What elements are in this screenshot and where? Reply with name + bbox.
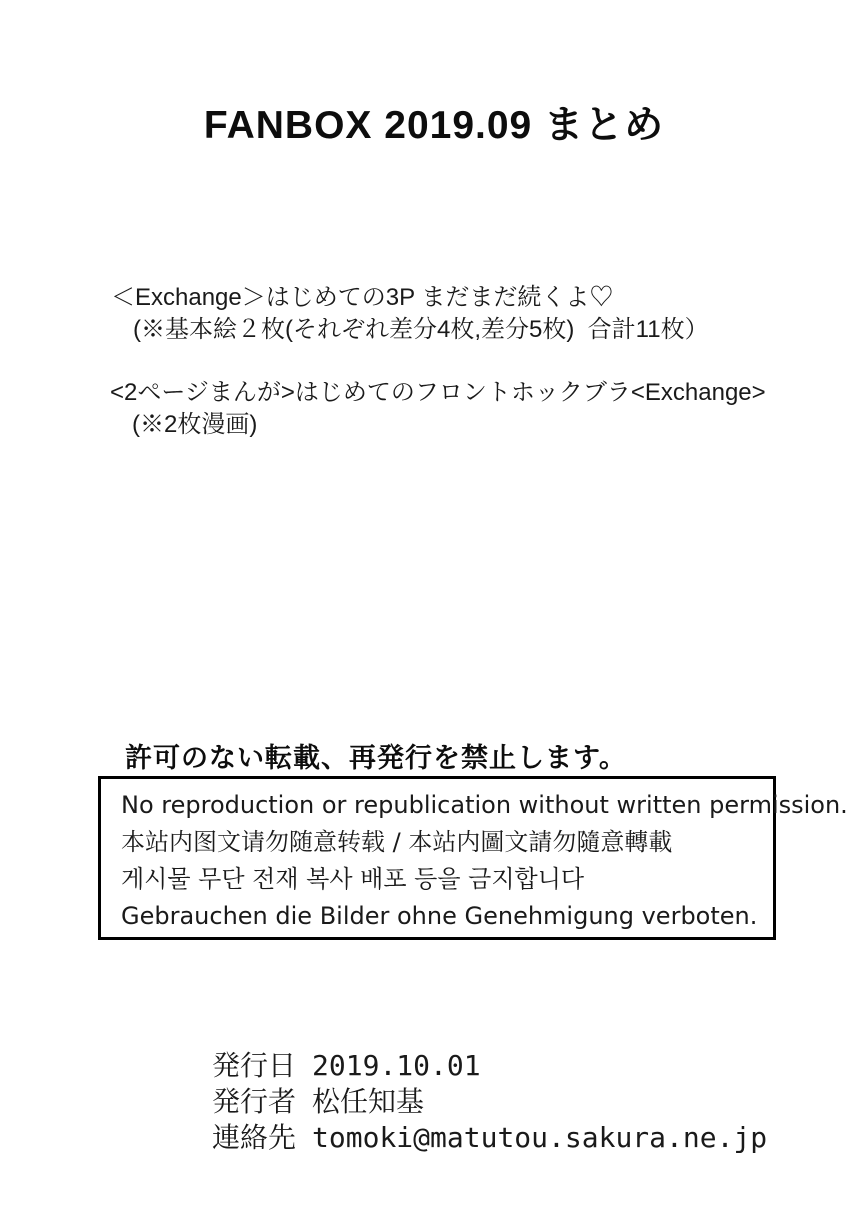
colophon-row-contact: 連絡先 tomoki@matutou.sakura.ne.jp [212,1120,767,1156]
fanbox-summary-colophon-page: FANBOX 2019.09 まとめ ＜Exchange＞はじめての3P まだま… [0,0,868,1228]
page-title: FANBOX 2019.09 まとめ [0,94,868,150]
work-1-title: ＜Exchange＞はじめての3P まだまだ続くよ♡ [111,282,709,314]
publish-date-label: 発行日 [212,1048,296,1084]
no-reproduction-line-ko: 게시물 무단 전재 복사 배포 등을 금지합니다 [121,861,773,898]
work-1-note: (※基本絵２枚(それぞれ差分4枚,差分5枚) 合計11枚） [111,314,709,346]
colophon-row-publisher: 発行者 松任知基 [212,1084,767,1120]
no-reproduction-box: No reproduction or republication without… [98,776,776,940]
work-2-title: <2ページまんが>はじめてのフロントホックブラ<Exchange> [110,377,766,409]
no-reproduction-line-de: Gebrauchen die Bilder ohne Genehmigung v… [121,898,773,935]
work-2-note: (※2枚漫画) [110,409,766,441]
colophon-block: 発行日 2019.10.01 発行者 松任知基 連絡先 tomoki@matut… [212,1048,767,1156]
contact-label: 連絡先 [212,1120,296,1156]
work-entry-1: ＜Exchange＞はじめての3P まだまだ続くよ♡ (※基本絵２枚(それぞれ差… [111,282,709,346]
no-reproduction-notice-jp: 許可のない転載、再発行を禁止します。 [125,736,627,775]
no-reproduction-line-en: No reproduction or republication without… [121,787,773,824]
no-reproduction-line-zh: 本站内图文请勿随意转载 / 本站内圖文請勿隨意轉載 [121,824,773,861]
colophon-row-publish-date: 発行日 2019.10.01 [212,1048,767,1084]
publisher-label: 発行者 [212,1084,296,1120]
work-entry-2: <2ページまんが>はじめてのフロントホックブラ<Exchange> (※2枚漫画… [110,377,766,441]
publisher-value: 松任知基 [312,1084,424,1120]
publish-date-value: 2019.10.01 [312,1048,481,1084]
contact-email-value: tomoki@matutou.sakura.ne.jp [312,1120,767,1156]
